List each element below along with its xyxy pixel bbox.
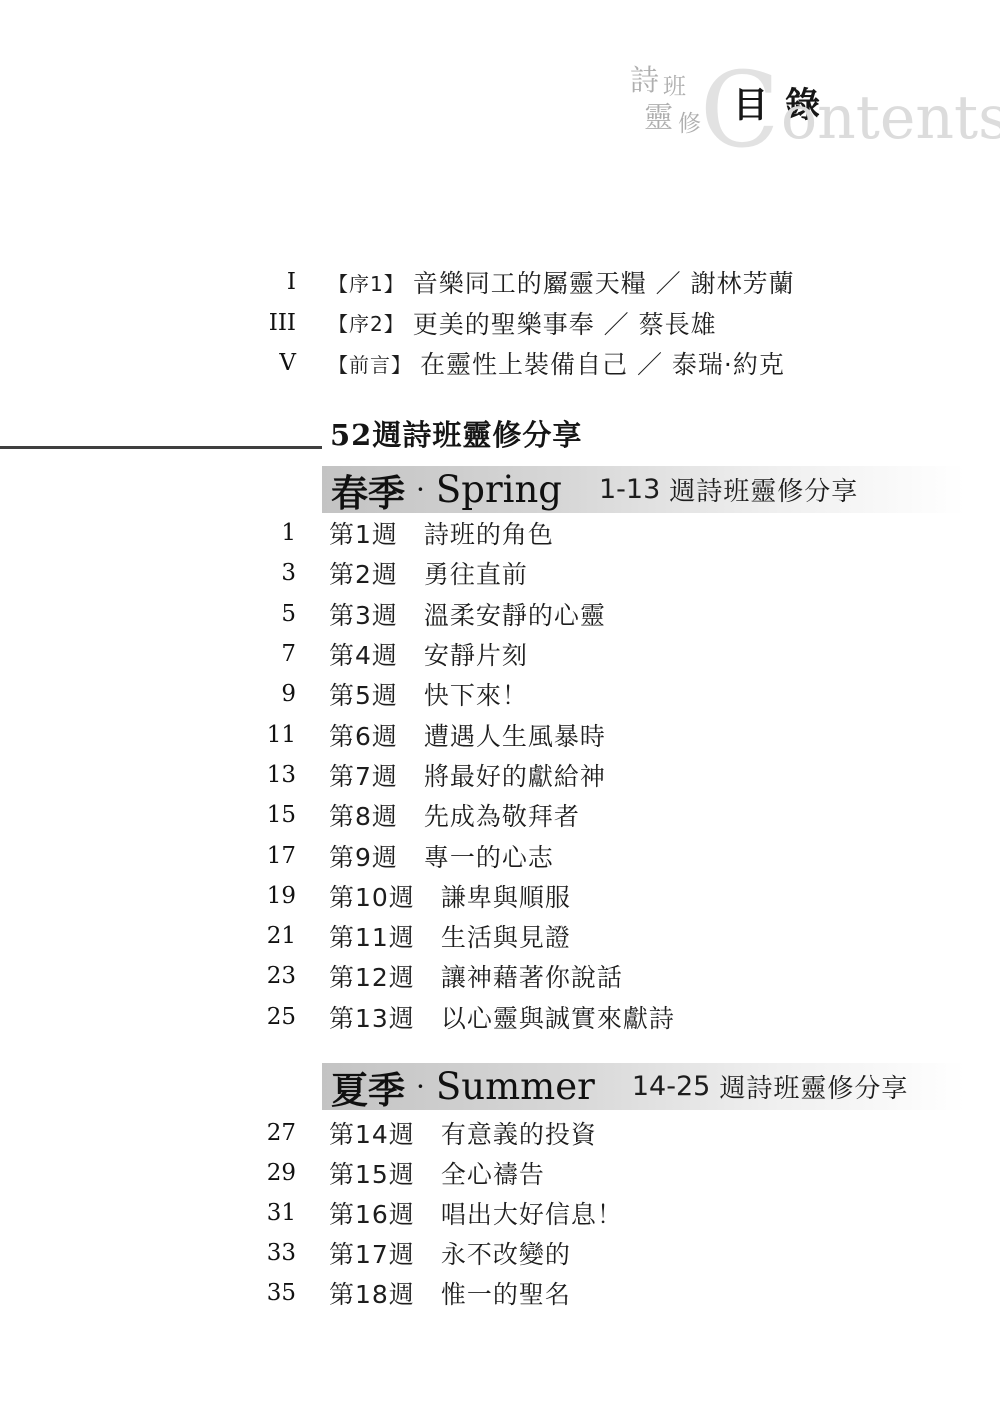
preface-title: 更美的聖樂事奉 ／ 蔡長雄 [413,305,717,341]
season-name-en: Spring [436,468,562,511]
page-number: 31 [0,1200,296,1226]
week-label: 第4週 [329,636,398,672]
entry-title: 詩班的角色 [424,515,554,551]
preface-row: I【序1】音樂同工的屬靈天糧 ／ 謝林芳蘭 [0,262,1000,303]
week-label: 第3週 [329,596,398,632]
page-number: 29 [0,1160,296,1186]
week-label: 第17週 [329,1235,415,1271]
entry-title: 遭遇人生風暴時 [424,717,606,753]
season-name: 春季 [331,463,405,517]
week-label: 第11週 [329,918,415,954]
week-label: 第1週 [329,515,398,551]
week-label: 第10週 [329,878,415,914]
week-label: 第15週 [329,1155,415,1191]
separator-dot: · [416,1070,425,1103]
preface-label: 【前言】 [328,349,412,378]
toc-row: 23第12週讓神藉著你說話 [0,956,1000,996]
page-number: 35 [0,1280,296,1306]
week-range: 14-25 [632,1071,710,1102]
toc-row: 13第7週將最好的獻給神 [0,755,1000,795]
entry-title: 全心禱告 [441,1155,545,1191]
toc-row: 33第17週永不改變的 [0,1233,1000,1273]
toc-row: 25第13週以心靈與誠實來獻詩 [0,997,1000,1037]
toc-row: 1第1週詩班的角色 [0,513,1000,553]
page-number: 9 [0,681,296,707]
week-label: 第9週 [329,838,398,874]
entry-title: 專一的心志 [424,838,554,874]
toc-row: 29第15週全心禱告 [0,1153,1000,1193]
entry-title: 生活與見證 [441,918,571,954]
collection-title: 52週詩班靈修分享 [330,421,582,450]
week-range: 1-13 [599,474,660,505]
preface-list: I【序1】音樂同工的屬靈天糧 ／ 謝林芳蘭III【序2】更美的聖樂事奉 ／ 蔡長… [0,262,1000,384]
toc-row: 5第3週溫柔安靜的心靈 [0,594,1000,634]
entry-title: 惟一的聖名 [441,1275,571,1311]
logo-char-ban: 班 [663,76,686,99]
page-number: 25 [0,1004,296,1030]
toc-row: 27第14週有意義的投資 [0,1113,1000,1153]
week-label: 第13週 [329,999,415,1035]
spring-section-header: 春季 · Spring 1-13 週詩班靈修分享 [322,466,965,513]
toc-row: 9第5週快下來！ [0,674,1000,714]
entry-title: 謙卑與順服 [441,878,571,914]
page-number: 3 [0,560,296,586]
entry-title: 勇往直前 [424,555,528,591]
spring-week-list: 1第1週詩班的角色3第2週勇往直前5第3週溫柔安靜的心靈7第4週安靜片刻9第5週… [0,513,1000,1037]
summer-section-header: 夏季 · Summer 14-25 週詩班靈修分享 [322,1063,965,1110]
page-number: V [0,350,296,376]
week-label: 第18週 [329,1275,415,1311]
week-label: 第6週 [329,717,398,753]
week-label: 第16週 [329,1195,415,1231]
page-number: 19 [0,883,296,909]
page-number: 17 [0,843,296,869]
week-label: 第2週 [329,555,398,591]
week-label: 第14週 [329,1115,415,1151]
toc-row: 15第8週先成為敬拜者 [0,795,1000,835]
entry-title: 安靜片刻 [424,636,528,672]
toc-page: 詩 班 靈 修 C 目錄 ontents I【序1】音樂同工的屬靈天糧 ／ 謝林… [0,0,1000,1406]
entry-title: 永不改變的 [441,1235,571,1271]
entry-title: 先成為敬拜者 [424,797,580,833]
preface-title: 音樂同工的屬靈天糧 ／ 謝林芳蘭 [413,264,795,300]
toc-row: 21第11週生活與見證 [0,916,1000,956]
logo-char-xiu: 修 [678,113,701,136]
page-number: I [0,269,296,295]
toc-row: 11第6週遭遇人生風暴時 [0,714,1000,754]
entry-title: 快下來！ [424,676,528,712]
page-number: 13 [0,762,296,788]
entry-title: 讓神藉著你說話 [441,958,623,994]
divider-line [0,446,322,449]
separator-dot: · [416,473,425,506]
preface-row: III【序2】更美的聖樂事奉 ／ 蔡長雄 [0,303,1000,344]
page-number: 5 [0,601,296,627]
page-number: 33 [0,1240,296,1266]
page-number: 15 [0,802,296,828]
preface-title: 在靈性上裝備自己 ／ 泰瑞·約克 [420,345,785,381]
entry-title: 有意義的投資 [441,1115,597,1151]
page-number: 21 [0,923,296,949]
season-name-en: Summer [436,1065,595,1108]
week-label: 第7週 [329,757,398,793]
header-suffix: 週詩班靈修分享 [669,471,858,508]
page-number: 27 [0,1120,296,1146]
entry-title: 將最好的獻給神 [424,757,606,793]
logo-char-ling: 靈 [644,103,673,132]
toc-row: 17第9週專一的心志 [0,835,1000,875]
page-number: 7 [0,641,296,667]
page-number: 11 [0,722,296,748]
toc-row: 7第4週安靜片刻 [0,634,1000,674]
toc-row: 3第2週勇往直前 [0,553,1000,593]
toc-row: 31第16週唱出大好信息！ [0,1193,1000,1233]
toc-row: 19第10週謙卑與順服 [0,876,1000,916]
preface-label: 【序1】 [328,268,405,297]
week-label: 第8週 [329,797,398,833]
summer-week-list: 27第14週有意義的投資29第15週全心禱告31第16週唱出大好信息！33第17… [0,1113,1000,1313]
week-label: 第5週 [329,676,398,712]
entry-title: 以心靈與誠實來獻詩 [441,999,675,1035]
season-name: 夏季 [331,1060,405,1114]
entry-title: 唱出大好信息！ [441,1195,623,1231]
contents-word: ontents [781,88,1000,148]
logo-char-shi: 詩 [630,66,659,95]
entry-title: 溫柔安靜的心靈 [424,596,606,632]
preface-label: 【序2】 [328,308,405,337]
page-number: III [0,310,296,336]
week-label: 第12週 [329,958,415,994]
toc-row: 35第18週惟一的聖名 [0,1273,1000,1313]
page-number: 23 [0,963,296,989]
preface-row: V【前言】在靈性上裝備自己 ／ 泰瑞·約克 [0,343,1000,384]
header-suffix: 週詩班靈修分享 [719,1068,908,1105]
page-number: 1 [0,520,296,546]
